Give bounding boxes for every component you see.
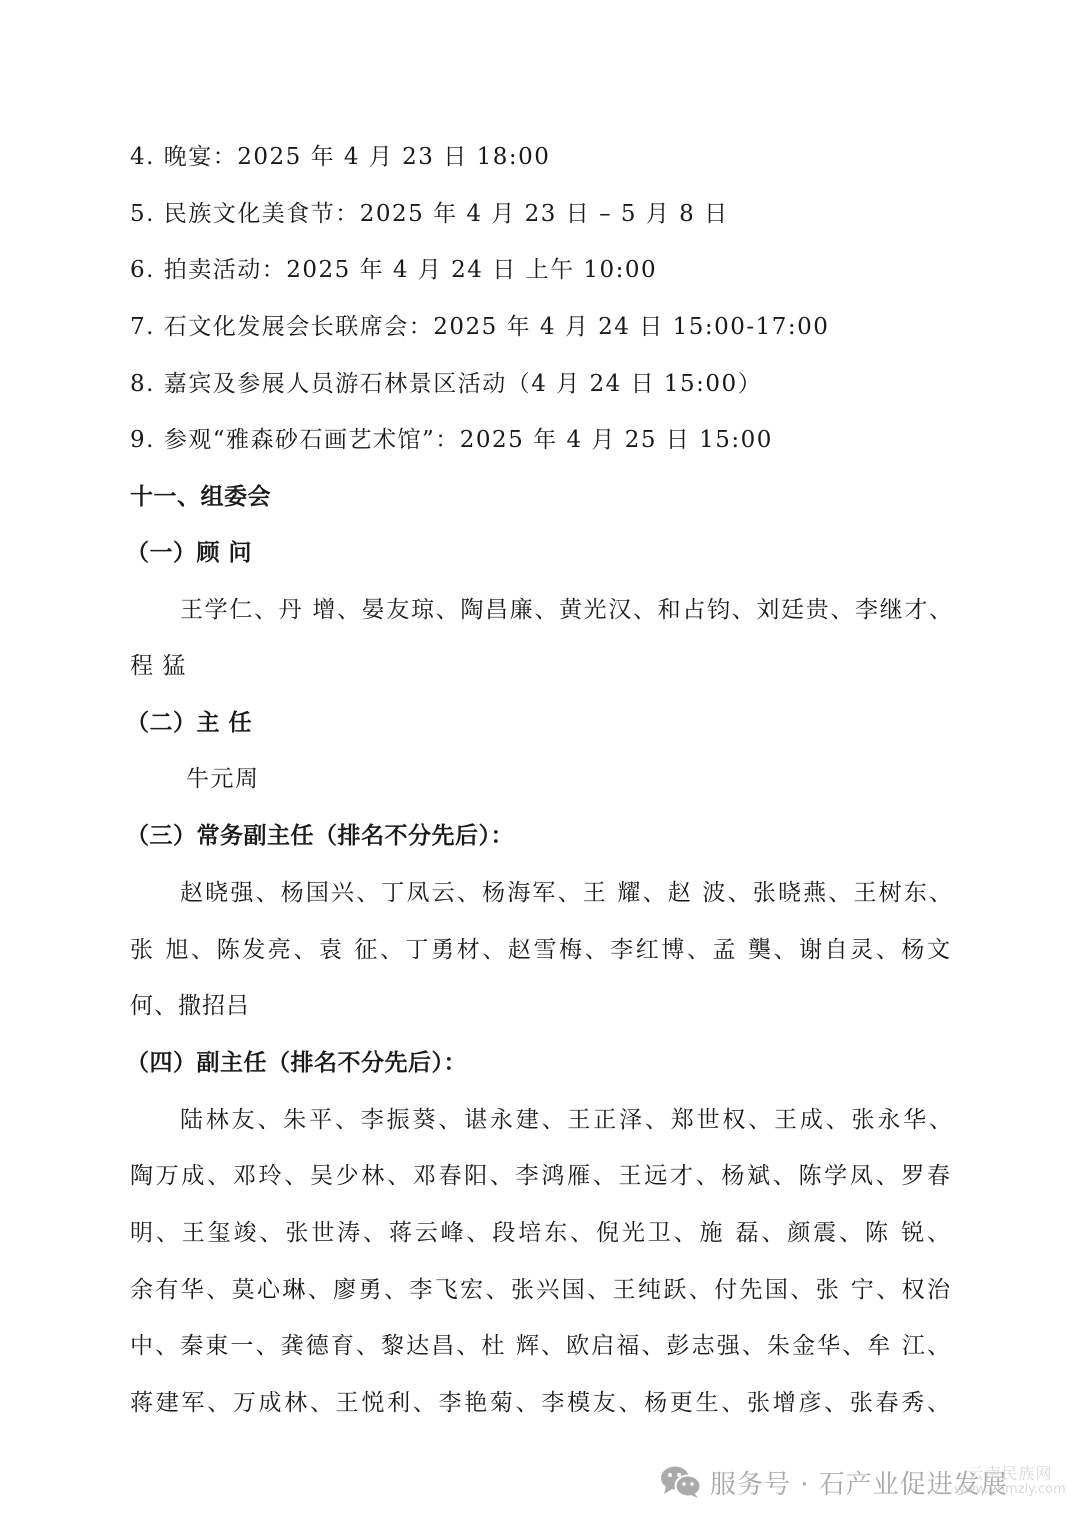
item-text: 民族文化美食节：2025 年 4 月 23 日 – 5 月 8 日 [164, 201, 729, 227]
advisors-line: 程 猛 [130, 651, 960, 681]
deputy-line: 余有华、莫心琳、廖勇、李飞宏、张兴国、王纯跃、付先国、张 宁、权治 [130, 1275, 950, 1305]
item-number: 5. [130, 201, 155, 227]
document-page: 4. 晚宴：2025 年 4 月 23 日 18:00 5. 民族文化美食节：2… [0, 0, 1080, 1527]
executive-deputy-line: 何、撒招吕 [130, 991, 960, 1021]
item-number: 6. [130, 257, 155, 283]
item-text: 石文化发展会长联席会：2025 年 4 月 24 日 15:00-17:00 [164, 314, 830, 340]
executive-deputy-line: 张 旭、陈发亮、袁 征、丁勇材、赵雪梅、李红博、孟 龑、谢自灵、杨文 [130, 935, 950, 965]
item-number: 4. [130, 144, 155, 170]
wechat-icon [660, 1465, 702, 1499]
schedule-item-9: 9. 参观“雅森砂石画艺术馆”：2025 年 4 月 25 日 15:00 [130, 425, 960, 455]
schedule-item-5: 5. 民族文化美食节：2025 年 4 月 23 日 – 5 月 8 日 [130, 199, 960, 229]
watermark-url: www.ynmzly.com [950, 1482, 1070, 1498]
item-text: 嘉宾及参展人员游石林景区活动（4 月 24 日 15:00） [164, 371, 762, 397]
item-number: 8. [130, 371, 155, 397]
item-text: 参观“雅森砂石画艺术馆”：2025 年 4 月 25 日 15:00 [164, 427, 773, 453]
item-text: 晚宴：2025 年 4 月 23 日 18:00 [164, 144, 551, 170]
director-line: 牛元周 [186, 764, 1016, 794]
schedule-item-7: 7. 石文化发展会长联席会：2025 年 4 月 24 日 15:00-17:0… [130, 312, 960, 342]
advisors-line: 王学仁、丹 增、晏友琼、陶昌廉、黄光汉、和占钧、刘廷贵、李继才、 [180, 595, 952, 625]
schedule-item-8: 8. 嘉宾及参展人员游石林景区活动（4 月 24 日 15:00） [130, 369, 960, 399]
site-watermark: 云南民族网 www.ynmzly.com [950, 1466, 1070, 1498]
watermark-title: 云南民族网 [950, 1466, 1070, 1482]
section-title: 十一、组委会 [130, 482, 960, 512]
deputy-line: 中、秦東一、龚德育、黎达昌、杜 辉、欧启福、彭志强、朱金华、牟 江、 [130, 1331, 950, 1361]
advisors-title: （一）顾 问 [126, 538, 956, 568]
item-number: 7. [130, 314, 155, 340]
executive-deputy-line: 赵晓强、杨国兴、丁凤云、杨海军、王 耀、赵 波、张晓燕、王树东、 [180, 878, 952, 908]
item-number: 9. [130, 427, 155, 453]
item-text: 拍卖活动：2025 年 4 月 24 日 上午 10:00 [164, 257, 657, 283]
deputy-title: （四）副主任（排名不分先后）： [126, 1048, 956, 1078]
deputy-line: 陆林友、朱平、李振葵、谌永建、王正泽、郑世权、王成、张永华、 [180, 1105, 952, 1135]
schedule-item-4: 4. 晚宴：2025 年 4 月 23 日 18:00 [130, 142, 960, 172]
deputy-line: 蒋建军、万成林、王悦利、李艳菊、李模友、杨更生、张增彦、张春秀、 [130, 1388, 950, 1418]
deputy-line: 明、王玺竣、张世涛、蒋云峰、段培东、倪光卫、施 磊、颜震、陈 锐、 [130, 1218, 950, 1248]
executive-deputy-title: （三）常务副主任（排名不分先后）： [126, 821, 956, 851]
deputy-line: 陶万成、邓玲、吴少林、邓春阳、李鸿雁、王远才、杨斌、陈学凤、罗春 [130, 1161, 950, 1191]
schedule-item-6: 6. 拍卖活动：2025 年 4 月 24 日 上午 10:00 [130, 255, 960, 285]
director-title: （二）主 任 [126, 708, 956, 738]
